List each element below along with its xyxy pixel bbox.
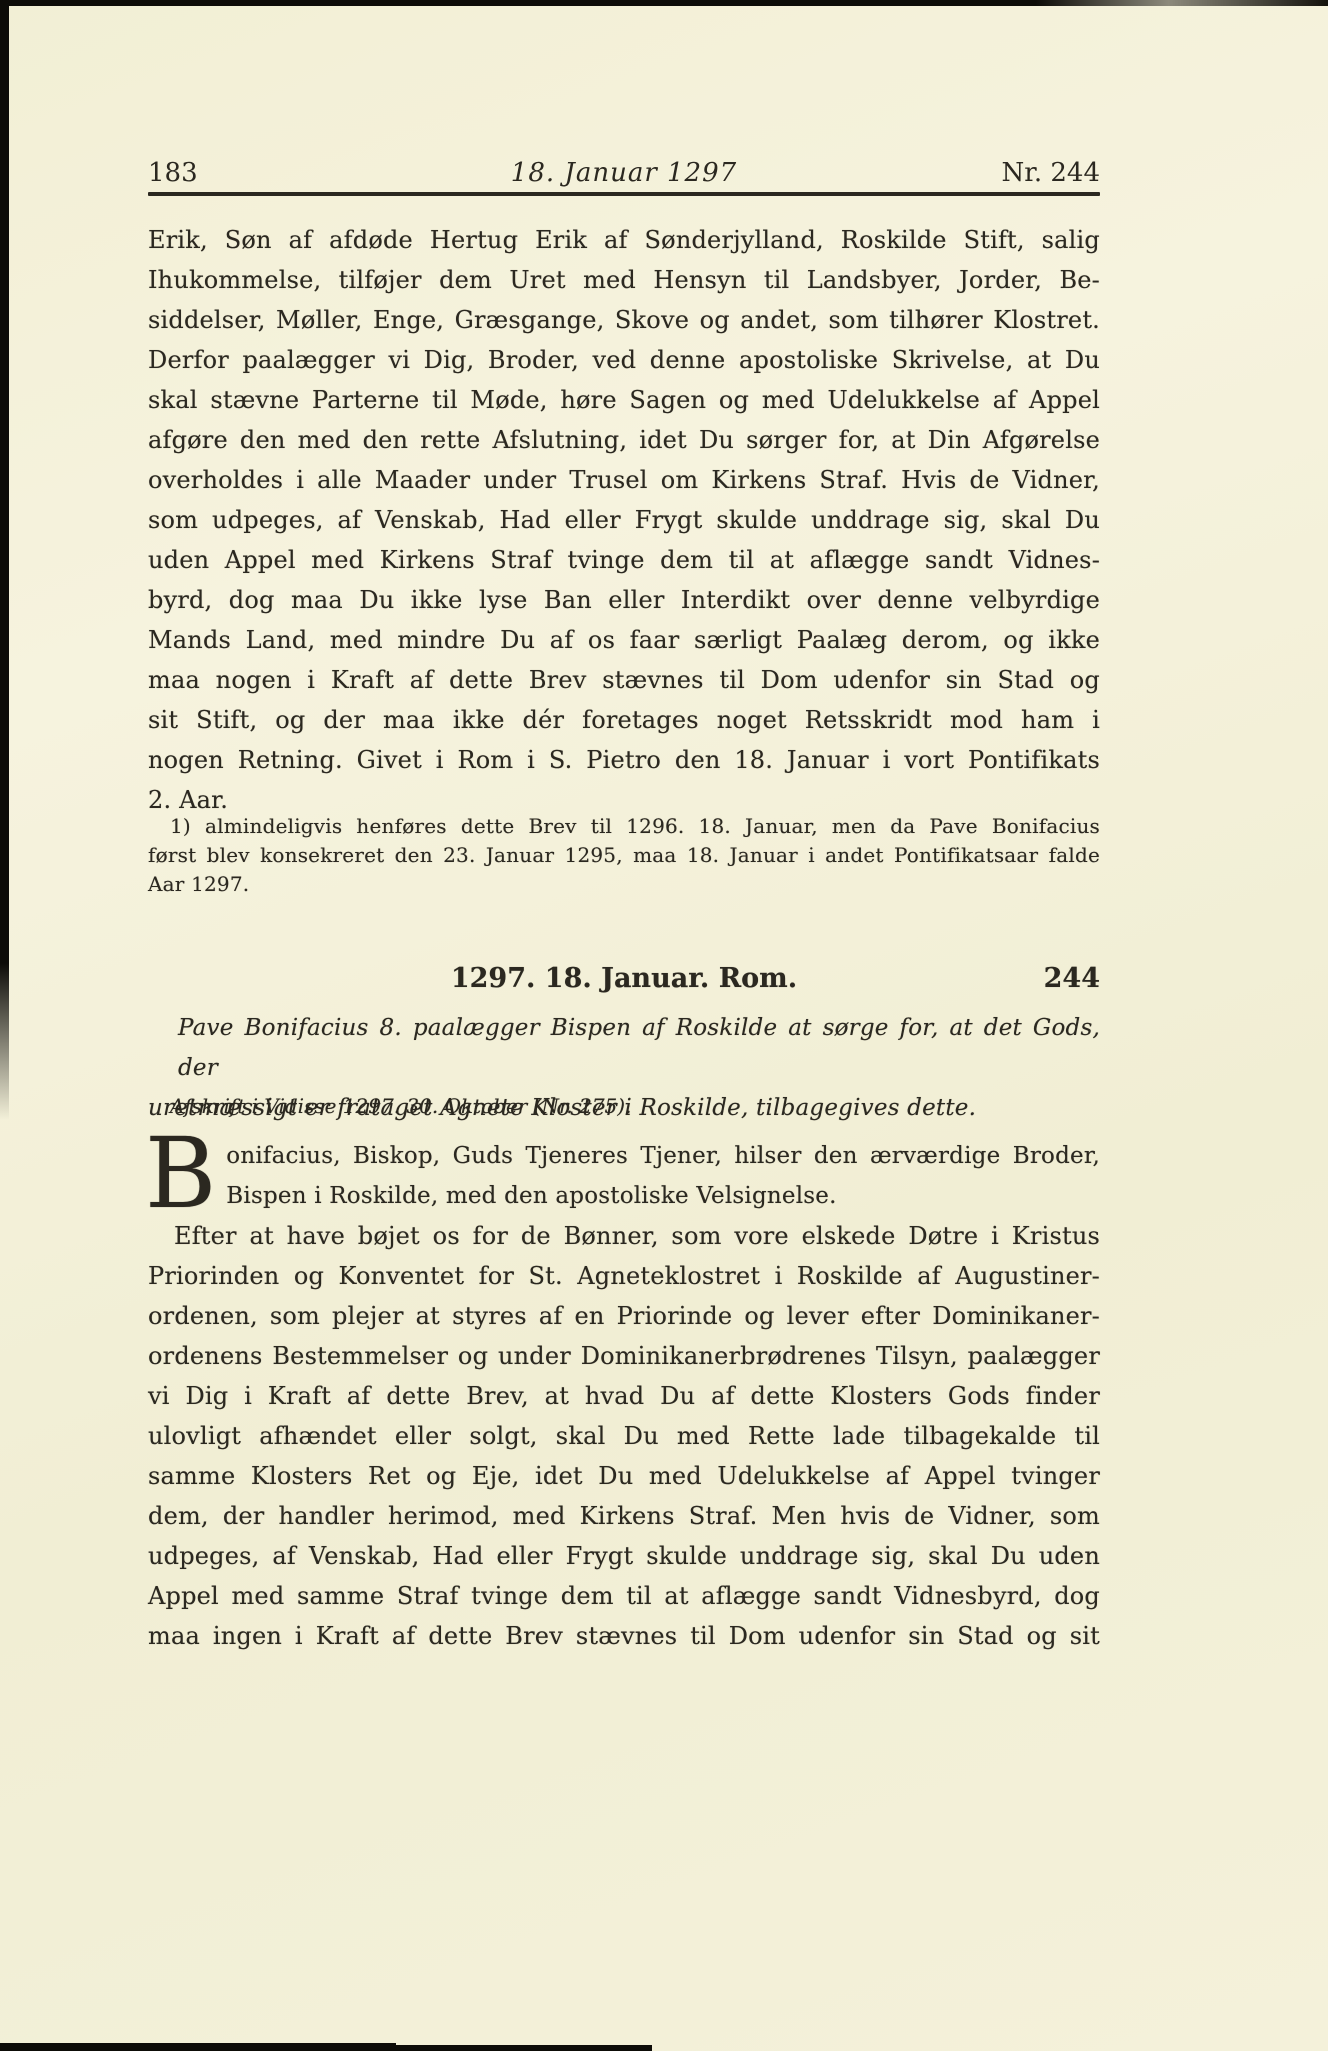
footnote-line: først blev konsekreret den 23. Januar 12…	[148, 841, 1100, 870]
document-heading: 1297. 18. Januar. Rom. 244	[148, 962, 1100, 996]
text-line: dem, der handler herimod, med Kirkens St…	[148, 1496, 1100, 1536]
text-line: skal stævne Parterne til Møde, høre Sage…	[148, 380, 1100, 420]
text-line: udpeges, af Venskab, Had eller Frygt sku…	[148, 1536, 1100, 1576]
scan-edge-bottom	[0, 2045, 652, 2051]
text-line: vi Dig i Kraft af dette Brev, at hvad Du…	[148, 1376, 1100, 1416]
text-line: Efter at have bøjet os for de Bønner, so…	[148, 1216, 1100, 1256]
header-rule	[148, 192, 1100, 196]
text-line: Appel med samme Straf tvinge dem til at …	[148, 1576, 1100, 1616]
text-line: Derfor paalægger vi Dig, Broder, ved den…	[148, 340, 1100, 380]
text-line: ordenen, som plejer at styres af en Prio…	[148, 1296, 1100, 1336]
text-line: Bispen i Roskilde, med den apostoliske V…	[148, 1176, 1100, 1216]
text-line: uden Appel med Kirkens Straf tvinge dem …	[148, 540, 1100, 580]
text-line: som udpeges, af Venskab, Had eller Frygt…	[148, 500, 1100, 540]
document-number-label: Nr. 244	[1002, 156, 1100, 190]
footnote-line: 1) almindeligvis henføres dette Brev til…	[148, 812, 1100, 841]
text-line: ulovligt afhændet eller solgt, skal Du m…	[148, 1416, 1100, 1456]
text-line: Erik, Søn af afdøde Hertug Erik af Sønde…	[148, 220, 1100, 260]
running-title-date: 18. Januar 1297	[511, 156, 737, 190]
document-heading-date: 1297. 18. Januar. Rom.	[451, 963, 797, 994]
text-line: sit Stift, og der maa ikke dér foretages…	[148, 700, 1100, 740]
text-line: maa nogen i Kraft af dette Brev stævnes …	[148, 660, 1100, 700]
text-line: overholdes i alle Maader under Trusel om…	[148, 460, 1100, 500]
text-line: byrd, dog maa Du ikke lyse Ban eller Int…	[148, 580, 1100, 620]
text-line: Priorinden og Konventet for St. Agnetekl…	[148, 1256, 1100, 1296]
footnote: 1) almindeligvis henføres dette Brev til…	[148, 812, 1100, 899]
text-line: onifacius, Biskop, Guds Tjeneres Tjener,…	[148, 1136, 1100, 1176]
text-line: maa ingen i Kraft af dette Brev stævnes …	[148, 1616, 1100, 1656]
text-line: Mands Land, med mindre Du af os faar sær…	[148, 620, 1100, 660]
text-line: samme Klosters Ret og Eje, idet Du med U…	[148, 1456, 1100, 1496]
text-line: nogen Retning. Givet i Rom i S. Pietro d…	[148, 740, 1100, 780]
scanned-book-page: 183 18. Januar 1297 Nr. 244 Erik, Søn af…	[0, 0, 1328, 2051]
text-line: afgøre den med den rette Afslutning, ide…	[148, 420, 1100, 460]
text-line: Ihukommelse, tilføjer dem Uret med Hensy…	[148, 260, 1100, 300]
summary-line: Pave Bonifacius 8. paalægger Bispen af R…	[148, 1008, 1100, 1088]
text-line: ordenens Bestemmelser og under Dominikan…	[148, 1336, 1100, 1376]
footnote-line: Aar 1297.	[148, 870, 1100, 899]
document-body-continuation: Erik, Søn af afdøde Hertug Erik af Sønde…	[148, 220, 1100, 820]
document-body: Efter at have bøjet os for de Bønner, so…	[148, 1216, 1100, 1656]
scan-edge-left	[0, 0, 9, 1120]
text-line: siddelser, Møller, Enge, Græsgange, Skov…	[148, 300, 1100, 340]
drop-cap: B	[145, 1134, 226, 1214]
source-note: Afskrift i Vidisse 1297. 30. Oktober (Nr…	[148, 1092, 1122, 1120]
page-number: 183	[148, 156, 198, 190]
page-header: 183 18. Januar 1297 Nr. 244	[148, 156, 1100, 190]
scan-edge-top	[0, 0, 1328, 6]
document-opening: B onifacius, Biskop, Guds Tjeneres Tjene…	[148, 1136, 1100, 1216]
document-heading-number: 244	[1044, 962, 1100, 996]
